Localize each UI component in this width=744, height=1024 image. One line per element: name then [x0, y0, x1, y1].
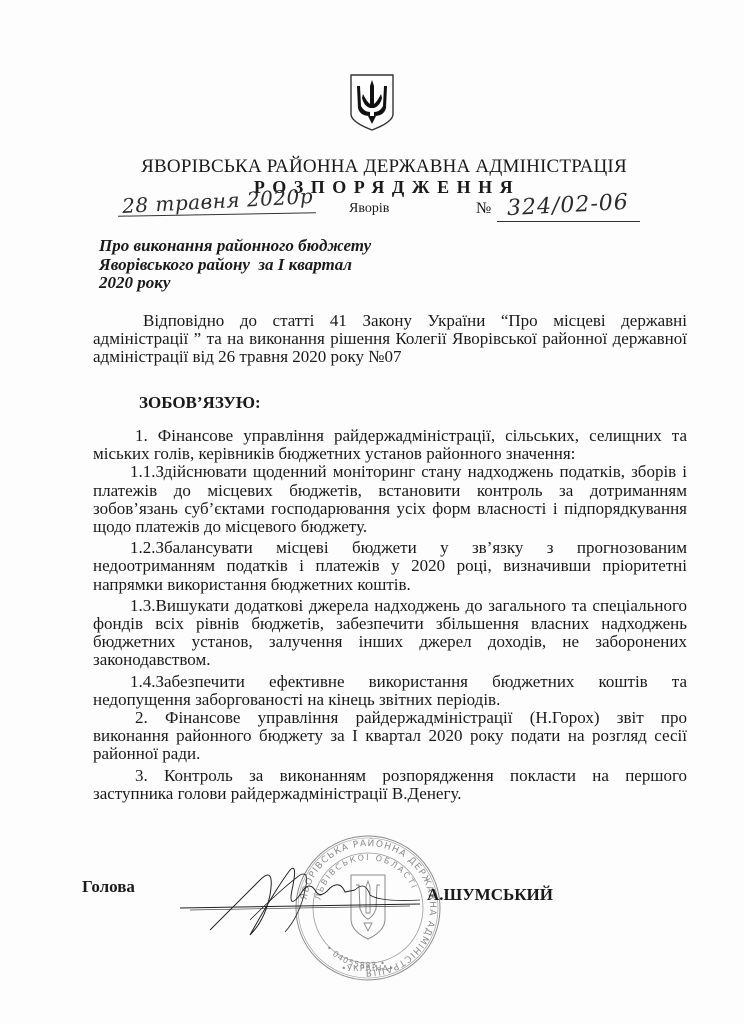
document-page: ЯВОРІВСЬКА РАЙОННА ДЕРЖАВНА АДМІНІСТРАЦІ… [0, 0, 744, 1024]
oblige-heading: ЗОБОВ’ЯЗУЮ: [139, 393, 261, 413]
number-underline [497, 221, 640, 222]
subject-line: Про виконання районного бюджету [99, 237, 371, 256]
handwritten-number: 324/02-06 [506, 190, 629, 221]
place-name: Яворів [349, 201, 389, 217]
order-items: 1. Фінансове управління райдержадміністр… [93, 427, 687, 803]
signatory-title: Голова [82, 877, 135, 897]
order-item-1-1: 1.1.Здійснювати щоденний моніторинг стан… [93, 463, 687, 536]
order-item-1: 1. Фінансове управління райдержадміністр… [93, 427, 687, 463]
subject-line: Яворівського району за I квартал [99, 256, 371, 275]
order-item-1-4: 1.4.Забезпечити ефективне використання б… [93, 673, 687, 709]
preamble: Відповідно до статті 41 Закону України “… [93, 312, 687, 366]
subject-heading: Про виконання районного бюджету Яворівсь… [99, 237, 371, 293]
organization-name: ЯВОРІВСЬКА РАЙОННА ДЕРЖАВНА АДМІНІСТРАЦІ… [0, 156, 744, 178]
signature [180, 860, 430, 940]
order-item-2: 2. Фінансове управління райдержадміністр… [93, 709, 687, 764]
coat-of-arms-icon [347, 72, 397, 132]
subject-line: 2020 року [99, 274, 371, 293]
number-label: № [476, 200, 491, 218]
order-item-3: 3. Контроль за виконанням розпорядження … [93, 767, 687, 803]
order-item-1-2: 1.2.Збалансувати місцеві бюджети у зв’яз… [93, 539, 687, 594]
svg-text:•УКРАЇНА•: •УКРАЇНА• [341, 963, 394, 973]
preamble-text: Відповідно до статті 41 Закону України “… [93, 312, 687, 366]
order-item-1-3: 1.3.Вишукати додаткові джерела надходжен… [93, 597, 687, 670]
document-type: РОЗПОРЯДЖЕННЯ [0, 177, 744, 198]
signatory-name: А.ШУМСЬКИЙ [427, 885, 553, 905]
